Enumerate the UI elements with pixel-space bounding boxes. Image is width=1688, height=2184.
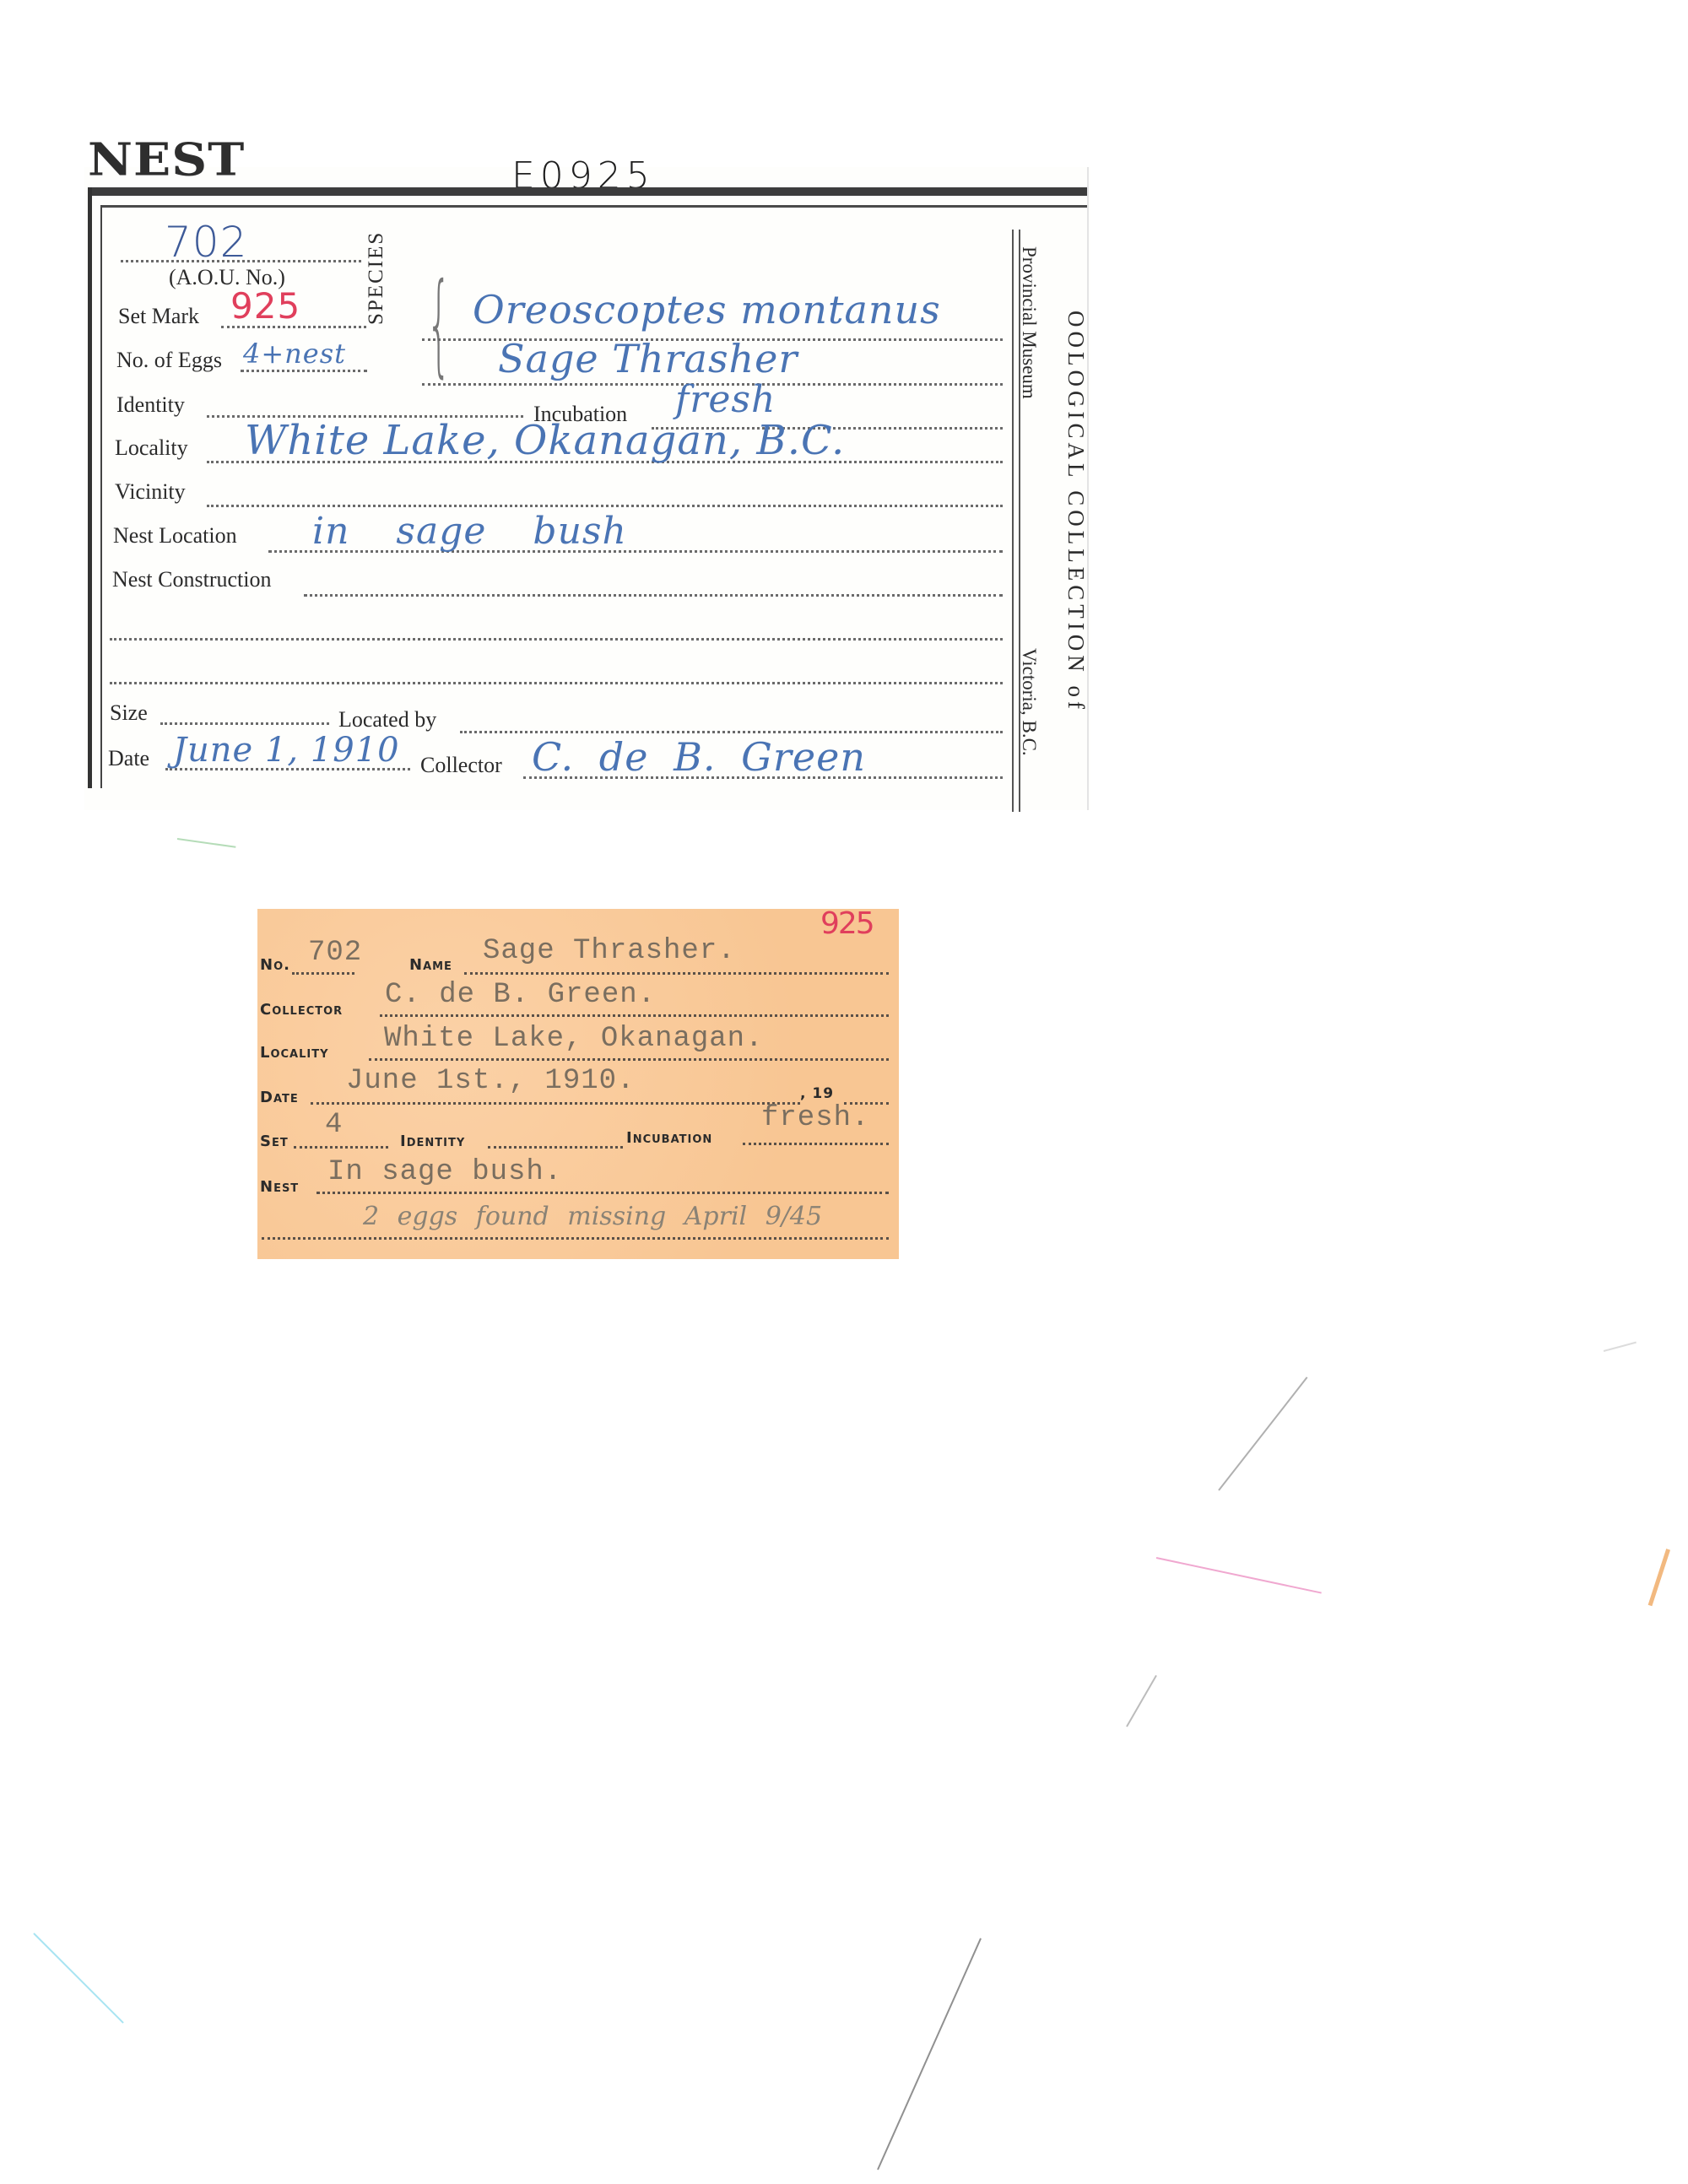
index-name-line <box>464 972 889 975</box>
border-top-thick <box>89 187 1089 196</box>
set-mark-label: Set Mark <box>118 304 199 329</box>
eggs-value: 4+nest <box>243 338 346 370</box>
index-date-label: Date <box>260 1089 299 1106</box>
scan-artifact <box>33 1933 123 2023</box>
index-collector-line <box>380 1014 889 1017</box>
index-nest-line <box>316 1192 889 1194</box>
scan-artifact <box>1604 1342 1637 1352</box>
index-nest-label: Nest <box>260 1178 299 1196</box>
museum-name: Provincial Museum <box>1018 246 1040 399</box>
identity-label: Identity <box>116 392 185 418</box>
nest-construction-label: Nest Construction <box>112 567 272 592</box>
border-top-thin <box>101 205 1089 208</box>
index-incubation-label: Incubation <box>626 1129 712 1147</box>
date-label: Date <box>108 746 149 771</box>
index-collector-label: Collector <box>260 1001 343 1019</box>
size-line <box>160 722 329 725</box>
located-by-line <box>460 731 1003 733</box>
index-set-label: Set <box>260 1133 289 1150</box>
incubation-value: fresh <box>675 378 776 421</box>
index-set-line <box>294 1146 388 1149</box>
scan-artifact <box>1648 1549 1670 1606</box>
index-year-label: , 19 <box>800 1085 834 1102</box>
index-incubation-value: fresh. <box>761 1102 869 1134</box>
index-collector-value: C. de B. Green. <box>385 979 656 1011</box>
located-by-label: Located by <box>338 707 436 733</box>
side-divider <box>1012 230 1014 812</box>
blank-line-1 <box>110 638 1003 641</box>
border-left-thick <box>88 187 92 788</box>
index-set-value: 4 <box>325 1109 343 1141</box>
species-label: SPECIES <box>365 231 388 325</box>
locality-value: White Lake, Okanagan, B.C. <box>245 417 845 464</box>
species-brace: { <box>426 268 451 380</box>
index-identity-label: Identity <box>400 1133 465 1150</box>
set-mark-value: 925 <box>230 285 300 327</box>
nest-construction-line <box>304 594 1003 597</box>
index-incubation-line <box>743 1143 889 1145</box>
index-locality-label: Locality <box>260 1044 329 1062</box>
border-left-thin <box>100 205 102 788</box>
vicinity-line <box>207 505 1003 507</box>
eggs-label: No. of Eggs <box>116 348 222 373</box>
index-note-line <box>262 1237 889 1240</box>
index-name-label: Name <box>409 956 452 974</box>
index-no-label: No. <box>260 956 290 974</box>
size-label: Size <box>110 700 148 726</box>
scan-artifact <box>1126 1675 1157 1727</box>
card-title: NEST <box>88 133 245 187</box>
index-no-line <box>292 972 354 975</box>
museum-location: Victoria, B.C. <box>1018 648 1040 756</box>
index-locality-line <box>369 1058 889 1061</box>
collector-label: Collector <box>420 753 502 778</box>
index-date-value: June 1st., 1910. <box>346 1065 635 1097</box>
index-locality-value: White Lake, Okanagan. <box>384 1023 763 1055</box>
locality-label: Locality <box>115 435 188 461</box>
scan-artifact <box>1218 1376 1307 1490</box>
vicinity-label: Vicinity <box>115 479 186 505</box>
index-name-value: Sage Thrasher. <box>483 935 736 967</box>
collection-title: OOLOGICAL COLLECTION of <box>1063 311 1089 713</box>
index-no-value: 702 <box>308 937 362 969</box>
index-note: 2 eggs found missing April 9/45 <box>363 1202 822 1231</box>
blank-line-2 <box>110 682 1003 684</box>
aou-line <box>121 260 361 262</box>
scan-artifact <box>1156 1557 1322 1594</box>
nest-location-value: in sage bush <box>312 510 627 553</box>
scan-artifact <box>177 838 236 848</box>
nest-location-label: Nest Location <box>113 523 237 549</box>
eggs-line <box>241 370 367 372</box>
scan-artifact <box>877 1938 982 2170</box>
index-nest-value: In sage bush. <box>327 1156 562 1188</box>
collector-value: C. de B. Green <box>532 734 866 780</box>
index-set-mark: 925 <box>820 906 874 941</box>
index-identity-line <box>488 1146 623 1149</box>
species-common-value: Sage Thrasher <box>498 336 798 381</box>
index-date-line <box>311 1102 800 1105</box>
species-scientific-value: Oreoscoptes montanus <box>473 287 941 332</box>
date-value: June 1, 1910 <box>173 731 400 770</box>
